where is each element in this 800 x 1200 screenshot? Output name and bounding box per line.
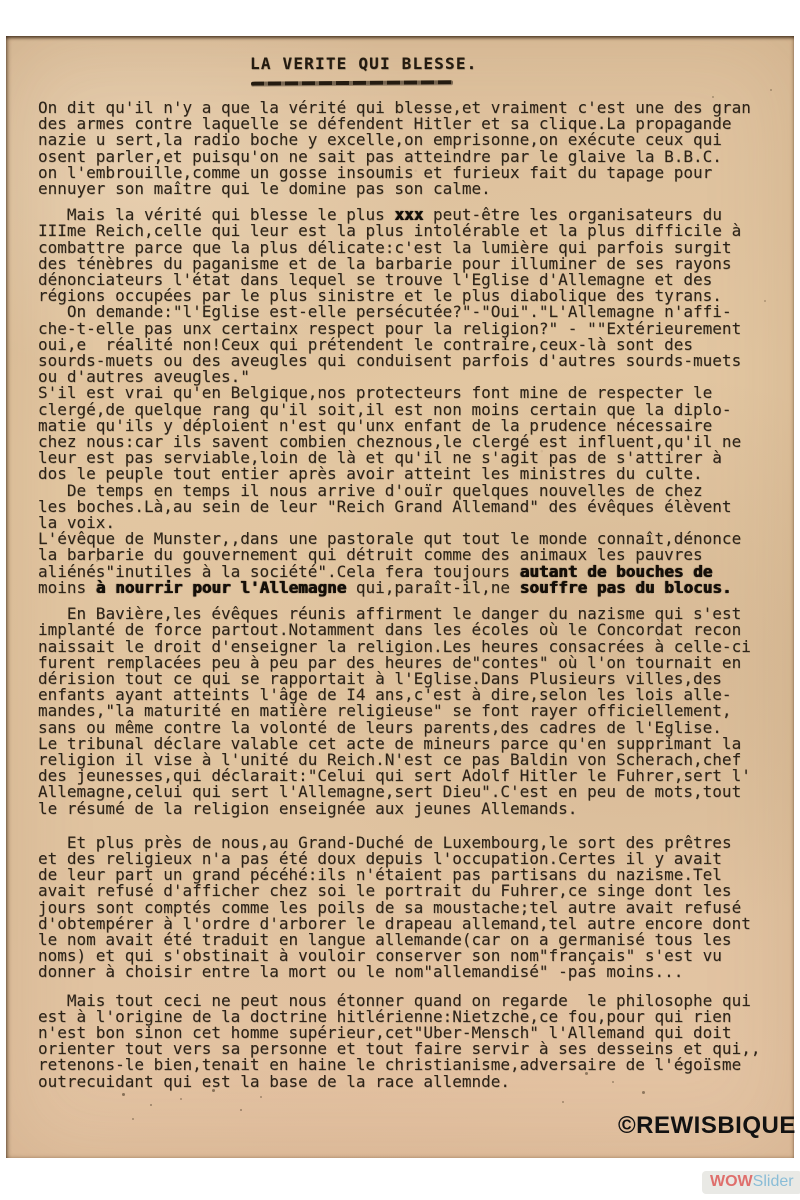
document-title: LA VERITE QUI BLESSE. [250, 55, 478, 73]
paragraph: En Bavière,les évêques réunis affirment … [38, 606, 790, 817]
wowslider-badge-slider: Slider [753, 1173, 794, 1190]
paragraph: Mais la vérité qui blesse le plus xxx pe… [38, 207, 790, 304]
text-line: les boches.Là,au sein de leur "Reich Gra… [38, 499, 790, 515]
paragraph: On dit qu'il n'y a que la vérité qui ble… [38, 100, 790, 197]
paragraph: De temps en temps il nous arrive d'ouïr … [38, 483, 790, 596]
copyright-watermark: ©REWISBIQUE [618, 1112, 796, 1140]
wowslider-badge[interactable]: WOWSlider [702, 1171, 800, 1194]
paragraph: S'il est vrai qu'en Belgique,nos protect… [38, 385, 790, 482]
text-line: ennuyer son maître qui le domine pas son… [38, 181, 790, 197]
paragraph: On demande:"l'Eglise est-elle persécutée… [38, 304, 790, 385]
paragraph: Mais tout ceci ne peut nous étonner quan… [38, 993, 790, 1090]
text-line: moins à nourrir pour l'Allemagne qui,par… [38, 580, 790, 596]
text-line: outrecuidant qui est la base de la race … [38, 1074, 790, 1090]
document-body: On dit qu'il n'y a que la vérité qui ble… [38, 100, 790, 1090]
text-line: le résumé de la religion enseignée aux j… [38, 801, 790, 817]
title-underline [251, 80, 453, 85]
paragraph: Et plus près de nous,au Grand-Duché de L… [38, 835, 790, 981]
wowslider-badge-wow: WOW [710, 1173, 753, 1190]
text-line: donner à choisir entre la mort ou le nom… [38, 964, 790, 980]
document-page: LA VERITE QUI BLESSE. On dit qu'il n'y a… [6, 36, 794, 1158]
